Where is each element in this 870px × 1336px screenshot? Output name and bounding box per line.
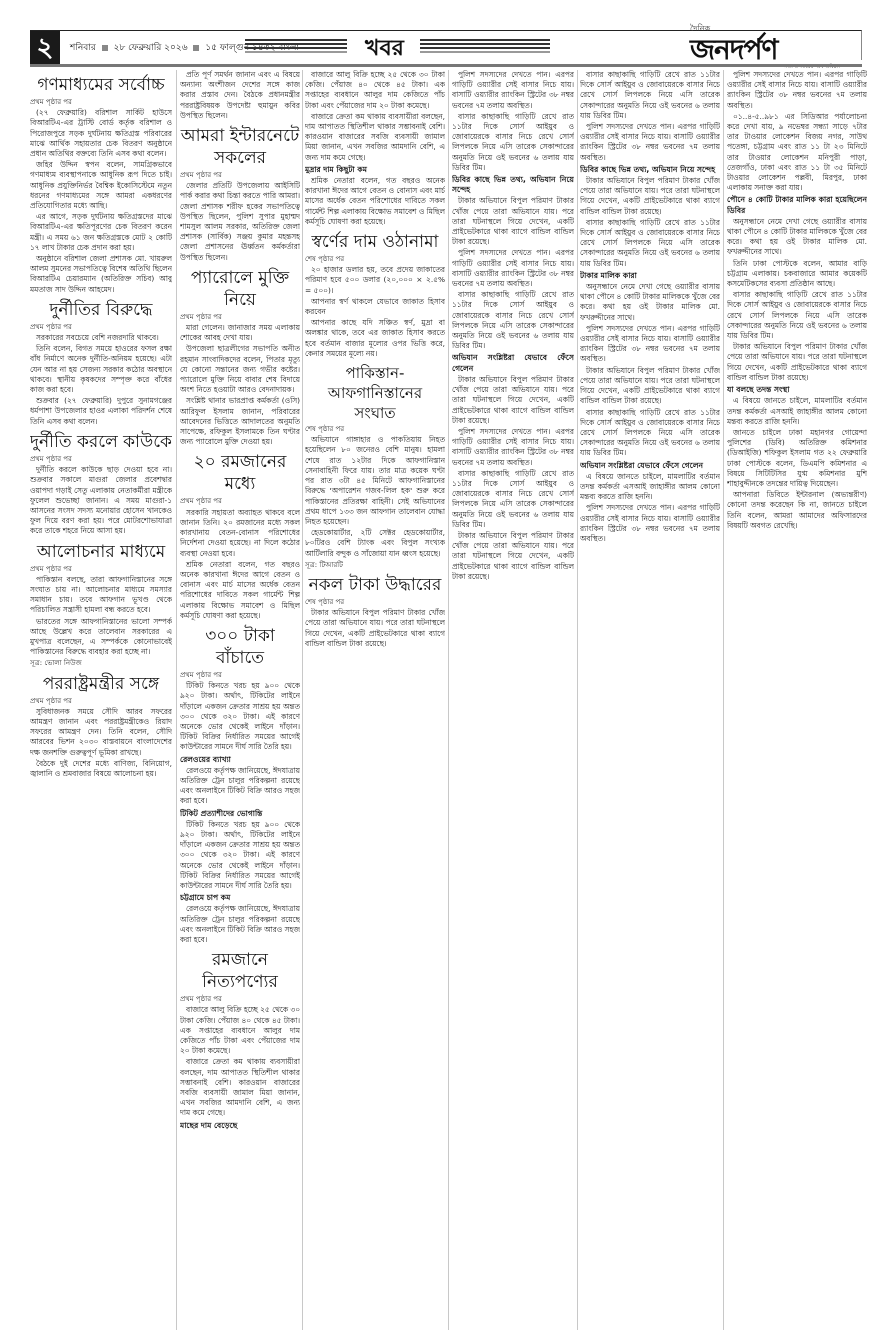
paragraph: বাসার কাছাকাছি গাড়িটি রেখে রাত ১১টার দি… [580, 70, 720, 121]
paragraph: এ বিষয়ে জানতে চাইলে, মামলাটির বর্তমান ত… [727, 396, 867, 427]
kicker: প্রথম পৃষ্ঠার পর [180, 170, 300, 180]
paragraph: পুলিশ সদস্যদের দেখতে পান। এরপর গাড়িটি ও… [580, 503, 720, 544]
paragraph: বাসার কাছাকাছি গাড়িটি রেখে রাত ১১টার দি… [727, 290, 867, 341]
column-5: বাসার কাছাকাছি গাড়িটি রেখে রাত ১১টার দি… [580, 70, 720, 1330]
paragraph: উপজেলা ছাত্রলীগের সভাপতি অনীত রহমান সাংব… [180, 344, 300, 395]
paragraph: সুবিধাজনক সময়ে সৌদি আরব সফরের আমন্ত্রণ … [30, 707, 172, 758]
paragraph: অনুষ্ঠানে বরিশাল জেলা প্রশাসক মো. খায়রু… [30, 254, 172, 295]
paragraph: হেডকোয়ার্টার, ২টি সেক্টর হেডকোয়ার্টার,… [305, 528, 445, 559]
paragraph: টাকার অভিযানে বিপুল পরিমাণ টাকার খোঁজ পে… [452, 196, 574, 247]
paragraph: অনুসন্ধানে নেমে দেখা গেছে ওয়্যারীর বাসা… [727, 217, 867, 258]
separator-square-icon [193, 45, 199, 51]
section-title: খবর [365, 31, 404, 68]
column-divider [176, 70, 177, 1330]
paragraph: রেলওয়ে কর্তৃপক্ষ জানিয়েছে, ঈদযাত্রায় … [180, 904, 300, 945]
column-divider [577, 70, 578, 1330]
subheading: রেলওয়ের ব্যাখ্যা [180, 755, 300, 765]
column-divider [302, 70, 303, 1330]
paragraph: অনুসন্ধানে নেমে দেখা গেছে ওয়্যারীর বাসা… [580, 282, 720, 323]
paragraph: পুলিশ সদস্যদের দেখতে পান। এরপর গাড়িটি ও… [580, 324, 720, 365]
paragraph: বাসার কাছাকাছি গাড়িটি রেখে রাত ১১টার দি… [580, 218, 720, 269]
date-gregorian: ২৮ ফেব্রুয়ারি ২০২৬ [114, 43, 188, 53]
subheading: মাছের দাম বেড়েছে [180, 1121, 300, 1131]
article-durniti-korle: দুর্নীতি করলে কাউকে প্রথম পৃষ্ঠার পর দুর… [30, 431, 172, 537]
headline: দুর্নীতির বিরুদ্ধে [30, 299, 172, 321]
headline: ৩০০ টাকা বাঁচাতে [180, 625, 300, 669]
paragraph: আপনারা ডিবিতে ইন্টারনাল (অভ্যন্তরীণ) কোন… [727, 490, 867, 531]
paragraph: বাসার কাছাকাছি গাড়িটি রেখে রাত ১১টার দি… [580, 408, 720, 459]
newspaper-page: ২ শনিবার ২৮ ফেব্রুয়ারি ২০২৬ ১৫ ফাল্গুন … [0, 0, 870, 1336]
paragraph: রেলওয়ে কর্তৃপক্ষ জানিয়েছে, ঈদযাত্রায় … [180, 766, 300, 807]
paragraph: টাকার অভিযানে বিপুল পরিমাণ টাকার খোঁজ পে… [727, 342, 867, 383]
paragraph: তিনি বলেন, বিগত সময়ে হাওরের ফসল রক্ষা ব… [30, 344, 172, 395]
kicker: শেষ পৃষ্ঠার পর [305, 424, 445, 434]
subheading: চট্টগ্রামে চাপ কম [180, 893, 300, 903]
kicker: শেষ পৃষ্ঠার পর [305, 597, 445, 607]
headline: ২০ রমজানের মধ্যে [180, 451, 300, 495]
paragraph: পুলিশ সদস্যদের দেখতে পান। এরপর গাড়িটি ও… [452, 248, 574, 289]
paragraph: সরকারের সবচেয়ে বেশি নজরদারি থাকবে। [30, 333, 172, 343]
masthead: ২ শনিবার ২৮ ফেব্রুয়ারি ২০২৬ ১৫ ফাল্গুন … [30, 30, 862, 60]
headline: নকল টাকা উদ্ধারের [305, 574, 445, 596]
paragraph: টিকিট কিনতে খরচ হয় ৯০০ থেকে ৯২০ টাকা। অ… [180, 820, 300, 891]
paragraph: পাকিস্তান বলছে, তারা আফগানিস্তানের সঙ্গে… [30, 575, 172, 616]
subheading: টিকিট প্রত্যাশীদের ভোগান্তি [180, 809, 300, 819]
paragraph: অভিযানে গাঙ্গাহার ও পাকতিয়ায় নিহত হয়ে… [305, 435, 445, 527]
decorative-rules-right [420, 39, 550, 55]
article-sorner-dam: স্বর্ণের দাম ওঠানামা শেষ পৃষ্ঠার পর ২০ হ… [305, 231, 445, 359]
paragraph: পুলিশ সদস্যদের দেখতে পান। এরপর গাড়িটি ও… [580, 122, 720, 163]
headline: স্বর্ণের দাম ওঠানামা [305, 231, 445, 253]
paragraph: দুর্নীতি করলে কাউকে ছাড় দেওয়া হবে না। … [30, 465, 172, 536]
paragraph: টাকার অভিযানে বিপুল পরিমাণ টাকার খোঁজ পে… [452, 531, 574, 582]
column-2: প্রতি পূর্ণ সমর্থন জানান এবং এ বিষয়ে অন… [180, 70, 300, 1330]
subheading: অভিযান সংশ্লিষ্টরা যেভাবে ফেঁসে গেলেন [580, 461, 720, 471]
subheading: ডিবির কাছে ভিন্ন তথ্য, অভিযান নিয়ে সন্দ… [580, 165, 720, 175]
kicker: প্রথম পৃষ্ঠার পর [180, 994, 300, 1004]
masthead-underline [30, 64, 862, 67]
article-pororashtro: পররাষ্ট্রমন্ত্রীর সঙ্গে প্রথম পৃষ্ঠার পর… [30, 673, 172, 780]
kicker: প্রথম পৃষ্ঠার পর [180, 670, 300, 680]
headline: রমজানে নিত্যপণ্যের [180, 949, 300, 993]
paragraph: জেলার প্রতিটি উপজেলায় আইসিটি পার্ক করার… [180, 181, 300, 263]
article-nityapanya: রমজানে নিত্যপণ্যের প্রথম পৃষ্ঠার পর বাজা… [180, 949, 300, 1131]
paragraph: বাসার কাছাকাছি গাড়িটি রেখে রাত ১১টার দি… [452, 112, 574, 173]
kicker: শেষ পৃষ্ঠার পর [305, 254, 445, 264]
paragraph: আপনার স্বর্ণ থাকলে যেভাবে জাকাত হিসাব কর… [305, 297, 445, 317]
paragraph: সংশ্লিষ্ট থানার ভারপ্রাপ্ত কর্মকর্তা (ওস… [180, 396, 300, 447]
paragraph: মারা গেলেন। জানাজার সময় এলাকায় শোকের আ… [180, 323, 300, 343]
subheading: যা বলছে তদন্ত সংস্থা [727, 385, 867, 395]
subheading: মুদ্রার দাম কিছুটা কম [305, 165, 445, 175]
article-300-taka: ৩০০ টাকা বাঁচাতে প্রথম পৃষ্ঠার পর টিকিট … [180, 625, 300, 945]
paragraph: বাজারে আলু বিক্রি হচ্ছে ২৫ থেকে ৩০ টাকা … [305, 70, 445, 111]
article-pak-afghan: পাকিস্তান-আফগানিস্তানের সংঘাত শেষ পৃষ্ঠা… [305, 363, 445, 570]
column-4: পুলিশ সদস্যদের দেখতে পান। এরপর গাড়িটি ও… [452, 70, 574, 1330]
kicker: প্রথম পৃষ্ঠার পর [30, 454, 172, 464]
paragraph: বাজারে ক্রেতা কম থাকায় ব্যবসায়ীরা বলছে… [305, 112, 445, 163]
article-parole: প্যারোলে মুক্তি নিয়ে প্রথম পৃষ্ঠার পর ম… [180, 267, 300, 448]
paragraph: শ্রমিক নেতারা বলেন, গত বছরও অনেক কারখানা… [180, 560, 300, 621]
paragraph: পুলিশ সদস্যদের দেখতে পান। এরপর গাড়িটি ও… [452, 427, 574, 468]
paragraph: বাসার কাছাকাছি গাড়িটি রেখে রাত ১১টার দি… [452, 290, 574, 351]
paragraph: সরকারি সহায়তা অব্যাহত থাকবে বলে জানান ত… [180, 508, 300, 559]
kicker: প্রথম পৃষ্ঠার পর [30, 322, 172, 332]
subheading: পৌনে ৪ কোটি টাকার মালিক কারা হয়েছিলেন ড… [727, 195, 867, 215]
paragraph: পুলিশ সদস্যদের দেখতে পান। এরপর গাড়িটি ও… [727, 70, 867, 111]
article-durniti-birudhe: দুর্নীতির বিরুদ্ধে প্রথম পৃষ্ঠার পর সরকা… [30, 299, 172, 427]
column-divider [448, 70, 449, 1330]
headline: আলোচনার মাধ্যমে [30, 541, 172, 563]
paragraph: টাকার অভিযানে বিপুল পরিমাণ টাকার খোঁজ পে… [580, 366, 720, 407]
paragraph: টাকার অভিযানে বিপুল পরিমাণ টাকার খোঁজ পে… [305, 608, 445, 649]
article-20-ramjan: ২০ রমজানের মধ্যে প্রথম পৃষ্ঠার পর সরকারি… [180, 451, 300, 620]
day: শনিবার [70, 43, 96, 53]
logo-name: জনদর্পণ [690, 36, 850, 64]
headline: প্যারোলে মুক্তি নিয়ে [180, 267, 300, 311]
subheading: টাকার মালিক কারা [580, 271, 720, 281]
decorative-rules-left [245, 39, 347, 55]
column-1: গণমাধ্যমের সর্বোচ্চ প্রথম পৃষ্ঠার পর (২৭… [30, 70, 172, 1330]
headline: পররাষ্ট্রমন্ত্রীর সঙ্গে [30, 673, 172, 695]
paragraph: প্রতি পূর্ণ সমর্থন জানান এবং এ বিষয়ে অন… [180, 70, 300, 121]
paragraph: বাজারে আলু বিক্রি হচ্ছে ২৫ থেকে ৩০ টাকা … [180, 1005, 300, 1056]
source-credit: সূত্র: টিআরটি [305, 560, 445, 570]
column-divider [723, 70, 724, 1330]
paragraph: আপনার কাছে যদি সঞ্চিত স্বর্ণ, মুদ্রা বা … [305, 318, 445, 359]
kicker: প্রথম পৃষ্ঠার পর [30, 97, 172, 107]
paragraph: শ্রমিক নেতারা বলেন, গত বছরও অনেক কারখানা… [305, 176, 445, 227]
subheading: অভিযান সংশ্লিষ্টরা যেভাবে ফেঁসে গেলেন [452, 353, 574, 373]
paragraph: এ বিষয়ে জানতে চাইলে, মামলাটির বর্তমান ত… [580, 472, 720, 503]
paragraph: এর আগে, সড়ক দুর্ঘটনায় ক্ষতিগ্রস্তদের ম… [30, 212, 172, 253]
article-alochonar: আলোচনার মাধ্যমে প্রথম পৃষ্ঠার পর পাকিস্ত… [30, 541, 172, 669]
headline: আমরা ইন্টারনেটে সকলের [180, 125, 300, 169]
headline: গণমাধ্যমের সর্বোচ্চ [30, 74, 172, 96]
headline: পাকিস্তান-আফগানিস্তানের সংঘাত [305, 363, 445, 423]
paragraph: বৈঠকে দুই দেশের মধ্যে বাণিজ্য, বিনিয়োগ,… [30, 759, 172, 779]
separator-square-icon [102, 45, 108, 51]
kicker: প্রথম পৃষ্ঠার পর [30, 696, 172, 706]
paragraph: টাকার অভিযানে বিপুল পরিমাণ টাকার খোঁজ পে… [580, 176, 720, 217]
kicker: প্রথম পৃষ্ঠার পর [180, 496, 300, 506]
paragraph: তিনি ঢাকা পোস্টকে বলেন, আমার বাড়ি চট্টগ… [727, 259, 867, 290]
headline: দুর্নীতি করলে কাউকে [30, 431, 172, 453]
paragraph: টিকিট কিনতে খরচ হয় ৯০০ থেকে ৯২০ টাকা। অ… [180, 681, 300, 752]
paragraph: জানতে চাইলে ঢাকা মহানগর গোয়েন্দা পুলিশে… [727, 428, 867, 489]
paragraph: বাসার কাছাকাছি গাড়িটি রেখে রাত ১১টার দি… [452, 469, 574, 530]
paragraph: ২০ হাজার ডলার হয়, তবে প্রদেয় জাকাতের প… [305, 265, 445, 296]
paragraph: ভারতের সঙ্গে আফগানিস্তানের ভালো সম্পর্ক … [30, 617, 172, 658]
paragraph: (২৭ ফেব্রুয়ারি) বরিশাল সার্কিট হাউসে বি… [30, 108, 172, 159]
kicker: প্রথম পৃষ্ঠার পর [30, 564, 172, 574]
page-number: ২ [30, 31, 60, 65]
kicker: প্রথম পৃষ্ঠার পর [180, 312, 300, 322]
subheading: ডিবির কাছে ভিন্ন তথ্য, অভিযান নিয়ে সন্দ… [452, 175, 574, 195]
column-3: বাজারে আলু বিক্রি হচ্ছে ২৫ থেকে ৩০ টাকা … [305, 70, 445, 1330]
article-nokol-taka: নকল টাকা উদ্ধারের শেষ পৃষ্ঠার পর টাকার অ… [305, 574, 445, 649]
column-6: পুলিশ সদস্যদের দেখতে পান। এরপর গাড়িটি ও… [727, 70, 867, 1330]
paragraph: বাজারে ক্রেতা কম থাকায় ব্যবসায়ীরা বলছে… [180, 1057, 300, 1118]
paragraph: পুলিশ সদস্যদের দেখতে পান। এরপর গাড়িটি ও… [452, 70, 574, 111]
source-credit: সূত্র: ভোলা নিউজ [30, 658, 172, 668]
paragraph: টাকার অভিযানে বিপুল পরিমাণ টাকার খোঁজ পে… [452, 375, 574, 426]
article-internet: আমরা ইন্টারনেটে সকলের প্রথম পৃষ্ঠার পর জ… [180, 125, 300, 263]
paragraph: জহির উদ্দিন স্বপন বলেন, সামগ্রিকভাবে গণম… [30, 160, 172, 211]
paragraph: ০১..৪-৫..৯৮১ এর সিডিআর পর্যালোচনা করে দে… [727, 112, 867, 194]
paragraph: শুক্রবার (২৭ ফেব্রুয়ারি) দুপুরে সুনামগঞ… [30, 396, 172, 427]
article-gonomadhyom: গণমাধ্যমের সর্বোচ্চ প্রথম পৃষ্ঠার পর (২৭… [30, 74, 172, 295]
